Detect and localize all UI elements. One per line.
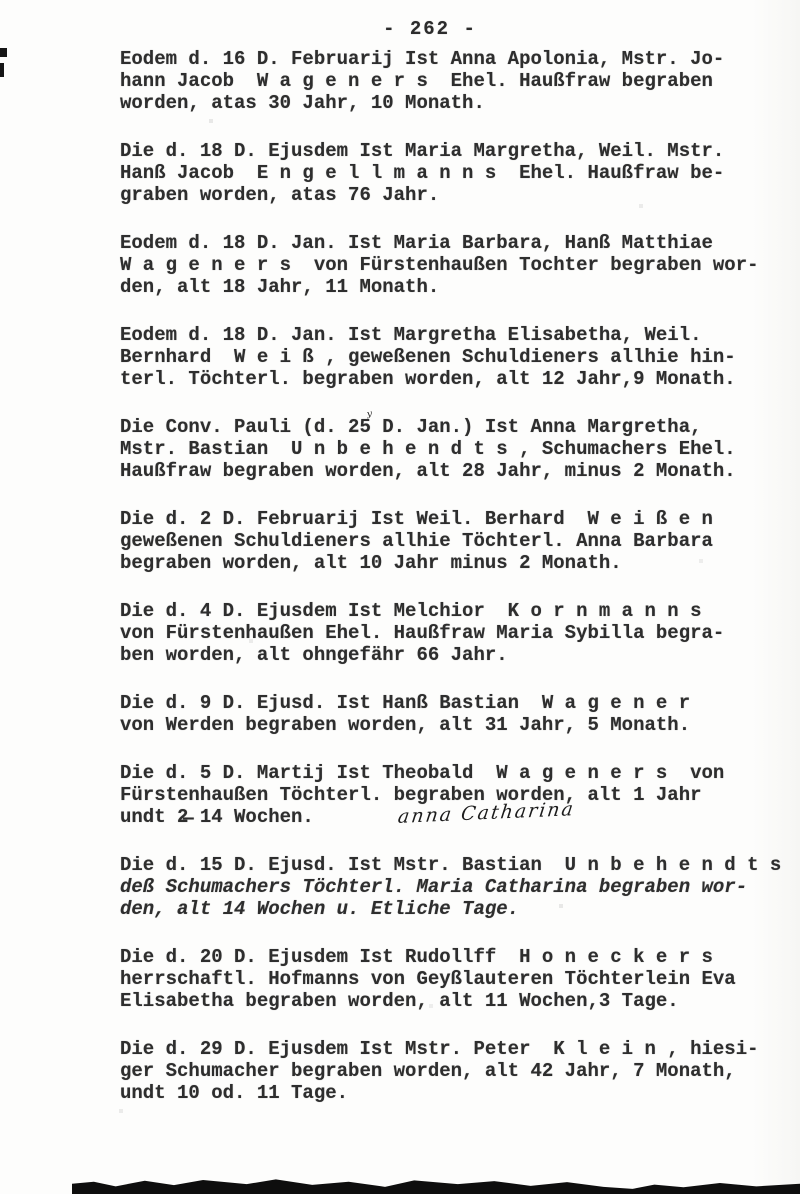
burial-entry-4: Eodem d. 18 D. Jan. Ist Margretha Elisab… bbox=[120, 324, 770, 390]
burial-entry-5-text: Die Conv. Pauli (d. 25 D. Jan.) Ist Anna… bbox=[120, 416, 736, 482]
burial-entries-list: Eodem d. 16 D. Februarij Ist Anna Apolon… bbox=[0, 48, 800, 1104]
burial-entry-10: Die d. 15 D. Ejusd. Ist Mstr. Bastian U … bbox=[120, 854, 770, 920]
burial-entry-1: Eodem d. 16 D. Februarij Ist Anna Apolon… bbox=[120, 48, 770, 114]
page-number: - 262 - bbox=[60, 0, 800, 40]
scan-noise-specks bbox=[0, 0, 2, 2]
burial-entry-9: Die d. 5 D. Martij Ist Theobald W a g e … bbox=[120, 762, 770, 828]
burial-entry-3: Eodem d. 18 D. Jan. Ist Maria Barbara, H… bbox=[120, 232, 770, 298]
scan-edge-artifact bbox=[0, 63, 4, 77]
burial-entry-7: Die d. 4 D. Ejusdem Ist Melchior K o r n… bbox=[120, 600, 770, 666]
burial-entry-10-line1: Die d. 15 D. Ejusd. Ist Mstr. Bastian U … bbox=[120, 854, 781, 876]
burial-entry-11: Die d. 20 D. Ejusdem Ist Rudollff H o n … bbox=[120, 946, 770, 1012]
burial-entry-5: Die Conv. Pauli (d. 25 D. Jan.) Ist Anna… bbox=[120, 416, 770, 482]
scan-edge-artifact bbox=[0, 48, 7, 57]
scan-bottom-edge-artifact bbox=[72, 1177, 800, 1194]
burial-entry-8: Die d. 9 D. Ejusd. Ist Hanß Bastian W a … bbox=[120, 692, 770, 736]
burial-entry-12: Die d. 29 D. Ejusdem Ist Mstr. Peter K l… bbox=[120, 1038, 770, 1104]
document-page: - 262 - Eodem d. 16 D. Februarij Ist Ann… bbox=[0, 0, 800, 1194]
burial-entry-10-italic-lines: deß Schumachers Töchterl. Maria Catharin… bbox=[120, 876, 770, 920]
burial-entry-2: Die d. 18 D. Ejusdem Ist Maria Margretha… bbox=[120, 140, 770, 206]
burial-entry-6: Die d. 2 D. Februarij Ist Weil. Berhard … bbox=[120, 508, 770, 574]
